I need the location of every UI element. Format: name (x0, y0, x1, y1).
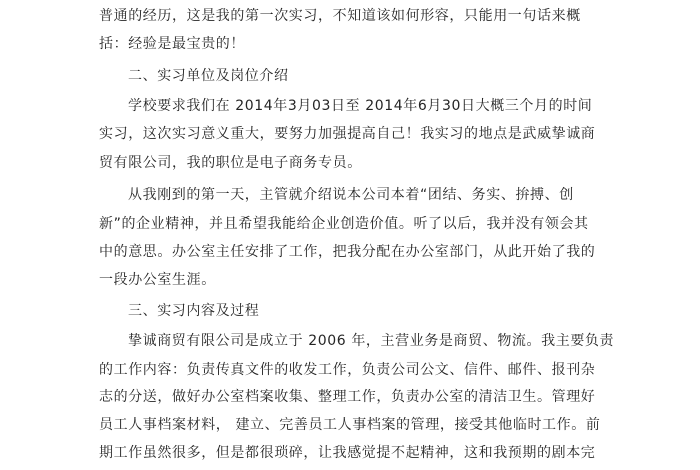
section-2-p2-line-1: 从我刚到的第一天，主管就介绍说本公司本着“团结、务实、拚搏、创 (128, 186, 574, 204)
intro-line-2: 括：经验是最宝贵的！ (99, 35, 245, 53)
section-2-p1-line-1: 学校要求我们在 2014年3月03日至 2014年6月30日大概三个月的时间 (128, 97, 592, 115)
section-2-p1-line-3: 贸有限公司，我的职位是电子商务专员。 (99, 154, 362, 172)
intro-line-1: 普通的经历，这是我的第一次实习，不知道该如何形容，只能用一句话来概 (99, 7, 581, 25)
section-3-p1-line-3: 志的分送，做好办公室档案收集、整理工作，负责办公室的清洁卫生。管理好 (99, 388, 595, 406)
section-2-p2-line-2: 新”的企业精神，并且希望我能给企业创造价值。听了以后，我并没有领会其 (99, 215, 589, 233)
section-2-p1-line-2: 实习，这次实习意义重大，要努力加强提高自己！我实习的地点是武威挚诚商 (99, 125, 595, 143)
section-3-p1-line-2: 的工作内容：负责传真文件的收发工作，负责公司公文、信件、邮件、报刊杂 (99, 361, 595, 379)
section-3-heading: 三、实习内容及过程 (128, 302, 259, 320)
section-2-p2-line-4: 一段办公室生涯。 (99, 271, 216, 289)
document-page: 普通的经历，这是我的第一次实习，不知道该如何形容，只能用一句话来概 括：经验是最… (0, 0, 700, 470)
section-3-p1-line-1: 挚诚商贸有限公司是成立于 2006 年，主营业务是商贸、物流。我主要负责 (128, 332, 614, 350)
section-2-heading: 二、实习单位及岗位介绍 (128, 67, 289, 85)
section-2-p2-line-3: 中的意思。办公室主任安排了工作，把我分配在办公室部门，从此开始了我的 (99, 243, 595, 261)
section-3-p1-line-5: 期工作虽然很多，但是都很琐碎，让我感觉提不起精神，这和我预期的剧本完 (99, 444, 595, 462)
section-3-p1-line-4: 员工人事档案材料， 建立、完善员工人事档案的管理，接受其他临时工作。前 (99, 416, 600, 434)
